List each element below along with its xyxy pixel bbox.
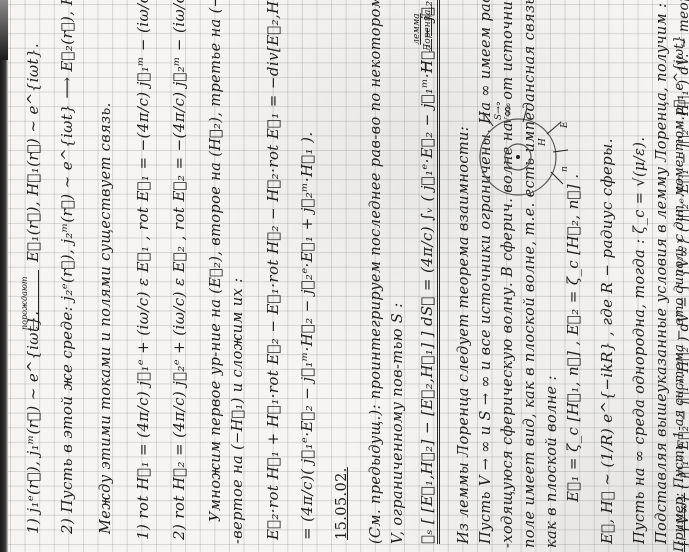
page-corner-shadow [0, 0, 8, 60]
example-line: Пример: Пусть 1-ая система − это диполь … [672, 35, 687, 552]
page-binding-edge [0, 0, 8, 552]
graph-paper-sheet: 1) j₁ᵉ(r⃗), j₁ᵐ(r⃗) ~ e^{iωt}. порождают… [8, 0, 689, 552]
rotated-notes-tail: ∫_{V∞} ( j⃗₁ᵉ·E⃗₂ − j⃗₁ᵐ·H⃗₂ ) dV = ∫_{V… [8, 0, 689, 552]
